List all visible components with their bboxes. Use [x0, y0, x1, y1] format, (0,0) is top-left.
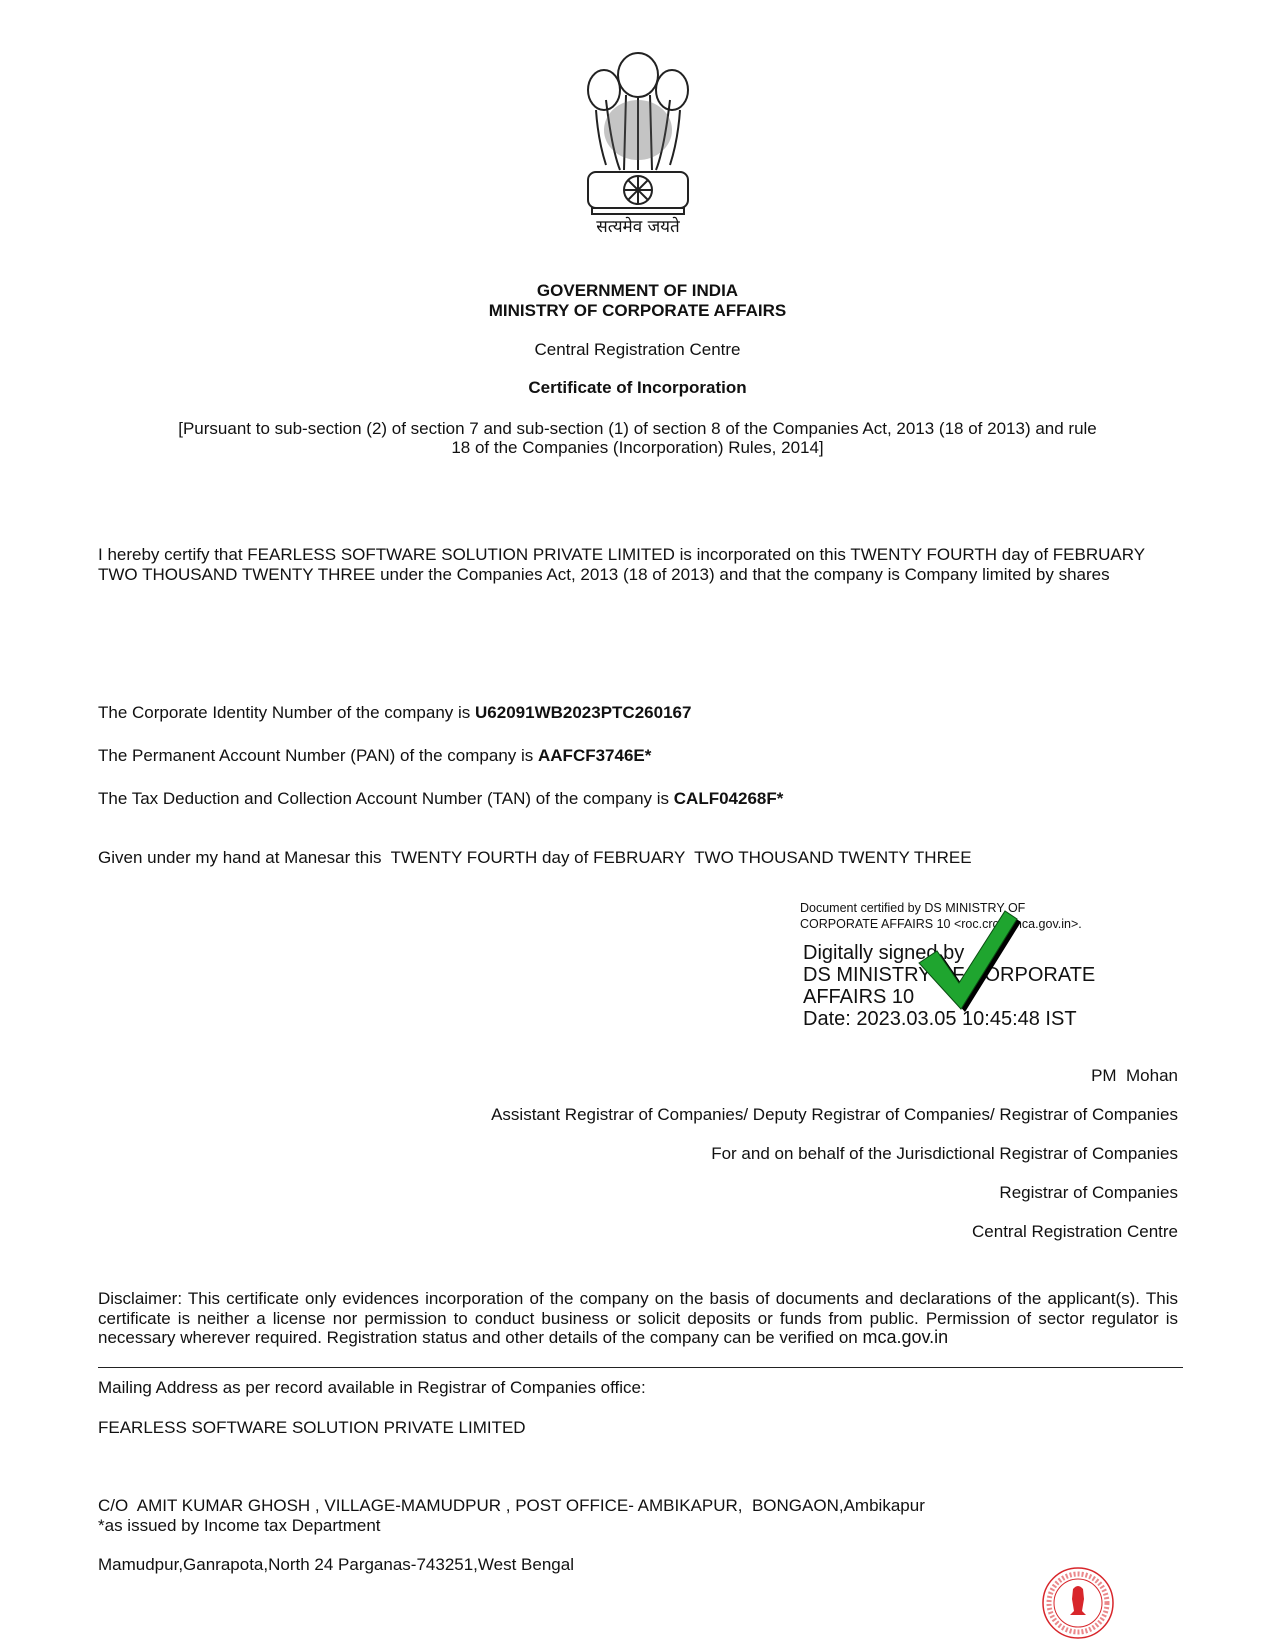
address-line-1: C/O AMIT KUMAR GHOSH , VILLAGE-MAMUDPUR … — [98, 1496, 925, 1516]
cin-label: The Corporate Identity Number of the com… — [98, 703, 475, 722]
registrar-seal-icon — [1040, 1565, 1116, 1641]
disclaimer: Disclaimer: This certificate only eviden… — [98, 1289, 1178, 1348]
certificate-title: Certificate of Incorporation — [0, 378, 1275, 398]
signature-valid-check-icon — [915, 905, 1020, 1015]
behalf-line: For and on behalf of the Jurisdictional … — [711, 1144, 1178, 1164]
ministry-title: MINISTRY OF CORPORATE AFFAIRS — [0, 301, 1275, 321]
pan-label: The Permanent Account Number (PAN) of th… — [98, 746, 538, 765]
pursuant-line-1: [Pursuant to sub-section (2) of section … — [100, 419, 1175, 438]
address-line-2: Mamudpur,Ganrapota,North 24 Parganas-743… — [98, 1555, 925, 1575]
mailing-heading: Mailing Address as per record available … — [98, 1378, 646, 1398]
emblem-motto: सत्यमेव जयते — [560, 214, 716, 237]
tan-value: CALF04268F* — [674, 789, 784, 808]
mca-link[interactable]: mca.gov.in — [862, 1327, 948, 1347]
cin-value: U62091WB2023PTC260167 — [475, 703, 691, 722]
pan-tan-note: *as issued by Income tax Department — [98, 1516, 381, 1536]
government-title: GOVERNMENT OF INDIA — [0, 281, 1275, 301]
government-heading: GOVERNMENT OF INDIA MINISTRY OF CORPORAT… — [0, 281, 1275, 321]
pursuant-line-2: 18 of the Companies (Incorporation) Rule… — [100, 438, 1175, 457]
pan-value: AAFCF3746E* — [538, 746, 651, 765]
cin-line: The Corporate Identity Number of the com… — [98, 703, 691, 723]
pan-line: The Permanent Account Number (PAN) of th… — [98, 746, 651, 766]
registrar-line: Registrar of Companies — [999, 1183, 1178, 1203]
given-line: Given under my hand at Manesar this TWEN… — [98, 848, 972, 868]
tan-line: The Tax Deduction and Collection Account… — [98, 789, 783, 809]
centre-name: Central Registration Centre — [0, 340, 1275, 360]
national-emblem-icon — [576, 40, 700, 240]
disclaimer-text: Disclaimer: This certificate only eviden… — [98, 1289, 1178, 1347]
pursuant-text: [Pursuant to sub-section (2) of section … — [100, 419, 1175, 457]
divider — [98, 1367, 1183, 1368]
signatory-designation: Assistant Registrar of Companies/ Deputy… — [491, 1105, 1178, 1125]
mailing-company-name: FEARLESS SOFTWARE SOLUTION PRIVATE LIMIT… — [98, 1418, 526, 1438]
centre-line: Central Registration Centre — [972, 1222, 1178, 1242]
tan-label: The Tax Deduction and Collection Account… — [98, 789, 674, 808]
signatory-name: PM Mohan — [1091, 1066, 1178, 1086]
certify-paragraph: I hereby certify that FEARLESS SOFTWARE … — [98, 545, 1188, 584]
